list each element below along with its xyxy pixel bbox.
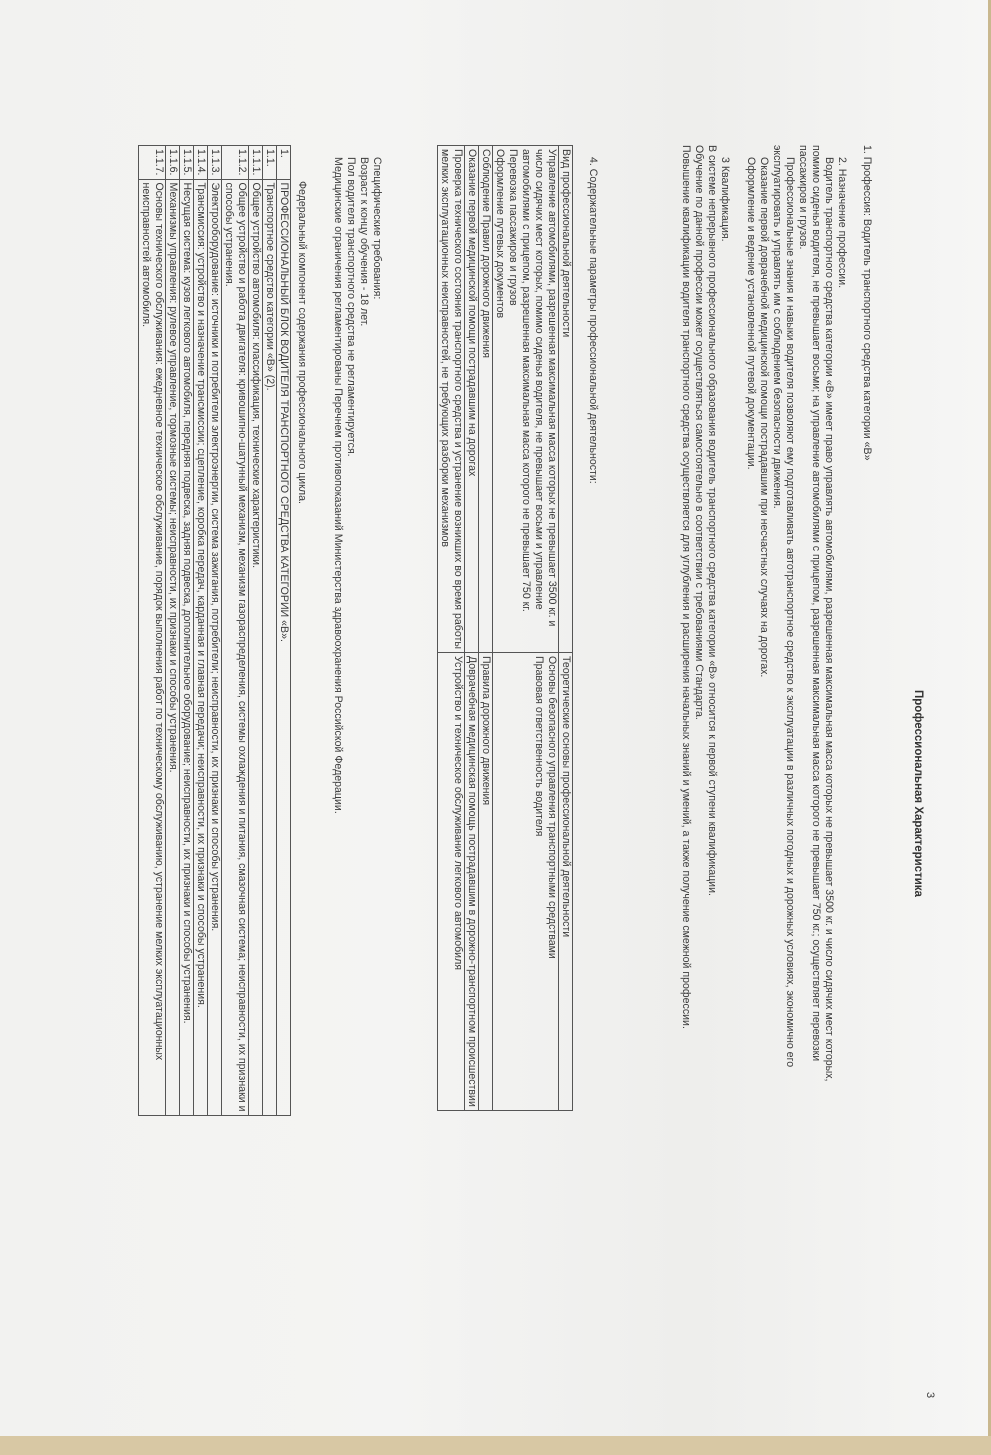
item-number: 1.1.3.	[208, 146, 222, 180]
qualification-line: Повышение квалификации водителя транспор…	[679, 145, 692, 1029]
section-purpose: 2. Назначение профессии. Водитель трансп…	[744, 145, 848, 1082]
profession-line: 1. Профессия: Водитель транспортного сре…	[860, 145, 873, 461]
requirements-heading: Специфические требования:	[370, 145, 383, 814]
table-row: Соблюдение Правил дорожного движения Пра…	[479, 146, 493, 1111]
cell-line: Перевозка пассажиров и грузов	[506, 149, 519, 649]
document-page: 3 Профессиональная Характеристика 1. Про…	[0, 0, 991, 1436]
desk-background	[0, 1433, 991, 1455]
item-number: 1.1.5.	[180, 146, 194, 180]
table-row: 1.1.Транспортное средство категории «В» …	[263, 146, 277, 1116]
cell-line: Несущая система: кузов легкового автомоб…	[180, 183, 193, 1112]
table-row: 1.1.4.Трансмиссия: устройство и назначен…	[194, 146, 208, 1116]
section-parameters: 4. Содержательные параметры профессионал…	[586, 145, 599, 484]
cell-line: Общее устройство автомобиля: классификац…	[249, 183, 262, 1112]
table-row: 1.1.5.Несущая система: кузов легкового а…	[180, 146, 194, 1116]
requirement-line: Медицинские ограничения регламентированы…	[331, 145, 344, 814]
table-cell: Проверка технического состояния транспор…	[438, 146, 465, 653]
cell-line: ПРОФЕССИОНАЛЬНЫЙ БЛОК ВОДИТЕЛЯ ТРАНСПОРТ…	[277, 183, 290, 1112]
table-row: Управление автомобилями, разрешенная мак…	[493, 146, 559, 1111]
item-text: Несущая система: кузов легкового автомоб…	[180, 179, 194, 1115]
cell-line: Правовая ответственность водителя	[532, 656, 545, 1107]
section-requirements: Специфические требования: Возраст к конц…	[331, 145, 383, 814]
federal-table: 1.ПРОФЕССИОНАЛЬНЫЙ БЛОК ВОДИТЕЛЯ ТРАНСПО…	[138, 145, 291, 1116]
table-header: Вид профессиональной деятельности	[559, 146, 573, 653]
cell-line: Механизмы управления: рулевое управление…	[166, 183, 179, 1112]
table-cell: Основы безопасного управления транспортн…	[493, 652, 559, 1110]
parameters-table: Вид профессиональной деятельности Теорет…	[437, 145, 573, 1111]
item-number: 1.	[277, 146, 291, 180]
purpose-line: Оформление и ведение установленной путев…	[744, 145, 757, 1082]
item-text: Трансмиссия: устройство и назначение тра…	[194, 179, 208, 1115]
item-text: Транспортное средство категории «В» (2).	[263, 179, 277, 1115]
table-row: 1.1.7.Основы технического обслуживания: …	[139, 146, 166, 1116]
section-profession: 1. Профессия: Водитель транспортного сре…	[860, 145, 873, 461]
section-qualification: 3 Квалификация. В системе непрерывного п…	[679, 145, 731, 1029]
qualification-line: В системе непрерывного профессионального…	[705, 145, 718, 1029]
table-row: Оказание первой медицинской помощи постр…	[465, 146, 479, 1111]
item-number: 1.1.	[263, 146, 277, 180]
purpose-line: Оказание первой доврачебной медицинской …	[757, 145, 770, 1082]
cell-line: Управление автомобилями, разрешенная мак…	[545, 149, 558, 649]
table-row: 1.1.6.Механизмы управления: рулевое упра…	[166, 146, 180, 1116]
rotated-sheet: 3 Профессиональная Характеристика 1. Про…	[0, 0, 991, 1436]
cell-line: Проверка технического состояния транспор…	[451, 149, 464, 649]
purpose-line: Профессиональные знания и навыки водител…	[783, 145, 796, 1082]
table-cell: Доврачебная медицинская помощь пострадав…	[465, 652, 479, 1110]
parameters-heading: 4. Содержательные параметры профессионал…	[586, 145, 599, 484]
cell-line: Трансмиссия: устройство и назначение тра…	[194, 183, 207, 1112]
table-row: 1.1.3.Электрооборудование: источники и п…	[208, 146, 222, 1116]
purpose-heading: 2. Назначение профессии.	[835, 145, 848, 1082]
table-cell: Устройство и техническое обслуживание ле…	[438, 652, 465, 1110]
purpose-line: Водитель транспортного средства категори…	[822, 145, 835, 1082]
table-row: 1.1.2.Общее устройство и работа двигател…	[222, 146, 249, 1116]
item-number: 1.1.7.	[139, 146, 166, 180]
purpose-line: помимо сиденья водителя, не превышает во…	[809, 145, 822, 1082]
table-header-row: Вид профессиональной деятельности Теорет…	[559, 146, 573, 1111]
page-number: 3	[923, 1392, 936, 1398]
cell-line: Основы технического обслуживания: ежедне…	[152, 183, 165, 1112]
table-row: 1.ПРОФЕССИОНАЛЬНЫЙ БЛОК ВОДИТЕЛЯ ТРАНСПО…	[277, 146, 291, 1116]
item-text: Основы технического обслуживания: ежедне…	[139, 179, 166, 1115]
item-text: Общее устройство автомобиля: классификац…	[249, 179, 263, 1115]
cell-line: Основы безопасного управления транспортн…	[545, 656, 558, 1107]
cell-line: Оформление путевых документов	[493, 149, 506, 649]
document-title: Профессиональная Характеристика	[911, 690, 924, 897]
cell-line: автомобилями с прицепом, разрешенная мак…	[519, 149, 532, 649]
cell-line: неисправностей автомобиля.	[139, 183, 152, 1112]
table-row: Проверка технического состояния транспор…	[438, 146, 465, 1111]
item-number: 1.1.2.	[222, 146, 249, 180]
section-federal: Федеральный компонент содержания професс…	[295, 145, 308, 504]
table-cell: Оказание первой медицинской помощи постр…	[465, 146, 479, 653]
item-text: Общее устройство и работа двигателя: кри…	[222, 179, 249, 1115]
item-number: 1.1.1.	[249, 146, 263, 180]
item-number: 1.1.4.	[194, 146, 208, 180]
item-text: Механизмы управления: рулевое управление…	[166, 179, 180, 1115]
table-cell: Управление автомобилями, разрешенная мак…	[493, 146, 559, 653]
table-cell: Соблюдение Правил дорожного движения	[479, 146, 493, 653]
cell-line: Общее устройство и работа двигателя: кри…	[235, 183, 248, 1112]
table-row: 1.1.1.Общее устройство автомобиля: класс…	[249, 146, 263, 1116]
item-text: ПРОФЕССИОНАЛЬНЫЙ БЛОК ВОДИТЕЛЯ ТРАНСПОРТ…	[277, 179, 291, 1115]
table-cell: Правила дорожного движения	[479, 652, 493, 1110]
cell-line: Транспортное средство категории «В» (2).	[263, 183, 276, 1112]
qualification-heading: 3 Квалификация.	[718, 145, 731, 1029]
item-number: 1.1.6.	[166, 146, 180, 180]
table-header: Теоретические основы профессиональной де…	[559, 652, 573, 1110]
federal-heading: Федеральный компонент содержания професс…	[295, 145, 308, 504]
qualification-line: Обучение по данной профессии может осуще…	[692, 145, 705, 1029]
cell-line: число сидячих мест которых, помимо сиден…	[532, 149, 545, 649]
requirement-line: Возраст к концу обучения - 18 лет.	[357, 145, 370, 814]
purpose-line: эксплуатировать и управлять им с соблюде…	[770, 145, 783, 1082]
cell-line: способы устранения.	[222, 183, 235, 1112]
cell-line: мелких эксплуатационных неисправностей, …	[438, 149, 451, 649]
cell-line: Электрооборудование: источники и потреби…	[208, 183, 221, 1112]
purpose-line: пассажиров и грузов.	[796, 145, 809, 1082]
item-text: Электрооборудование: источники и потреби…	[208, 179, 222, 1115]
requirement-line: Пол водителя транспортного средства не р…	[344, 145, 357, 814]
